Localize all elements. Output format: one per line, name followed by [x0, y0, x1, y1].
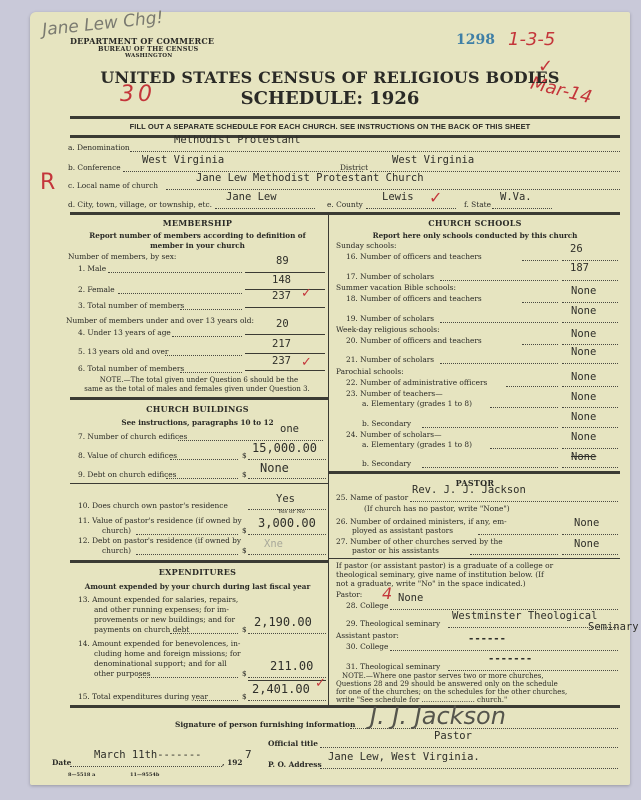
q18-value: None: [571, 285, 596, 297]
college-value: None: [398, 592, 423, 604]
q24-label: 24. Number of scholars—: [346, 430, 442, 439]
residence-value: 3,000.00: [258, 516, 316, 530]
female-value: 148: [272, 274, 291, 286]
district-label: District: [340, 163, 368, 172]
dotted-line: [562, 260, 618, 261]
red-checkmark: ✓: [315, 676, 326, 691]
q23a-label: a. Elementary (grades 1 to 8): [362, 399, 472, 408]
bottom-rule: [70, 705, 620, 708]
owns-residence-value: Yes: [276, 493, 295, 505]
q13-line-2: and other running expenses; for im-: [94, 605, 229, 614]
grad-note-1: If pastor (or assistant pastor) is a gra…: [336, 561, 553, 570]
q23b-label: b. Secondary: [362, 419, 411, 428]
dotted-line: [470, 554, 558, 555]
owns-residence-label: 10. Does church own pastor's residence: [78, 501, 228, 510]
form-code-1: 8—5518 a: [68, 772, 95, 778]
schools-subtitle: Report here only schools conducted by th…: [330, 231, 620, 240]
q31-value: -------: [488, 653, 532, 665]
local-name-value: Jane Lew Methodist Protestant Church: [196, 172, 424, 184]
membership-note-1: NOTE.—The total given under Question 6 s…: [70, 376, 328, 385]
red-checkmark: ✓: [301, 286, 312, 301]
buildings-mid-rule: [70, 483, 328, 484]
dollar-sign: $: [242, 451, 247, 460]
q27-value: None: [574, 538, 599, 550]
dotted-line: [172, 336, 242, 337]
answer-line: [245, 272, 325, 273]
year-prefix: , 192: [222, 758, 243, 767]
membership-title: MEMBERSHIP: [70, 218, 325, 228]
dotted-line: [248, 534, 326, 535]
dotted-line: [522, 260, 558, 261]
q24a-label: a. Elementary (grades 1 to 8): [362, 440, 472, 449]
dotted-line: [180, 309, 242, 310]
q27-label-1: 27. Number of other churches served by t…: [336, 537, 503, 546]
q30-value: ------: [468, 633, 506, 645]
q28-label: 28. College: [346, 601, 388, 610]
buildings-rule: [70, 560, 328, 563]
grad-note-3: not a graduate, write "No" in the space …: [336, 579, 526, 588]
over-13-value: 217: [272, 338, 291, 350]
by-age-label: Number of members under and over 13 year…: [66, 316, 254, 325]
q13-value: 2,190.00: [254, 615, 312, 629]
census-schedule-form: Jane Lew Chg! DEPARTMENT OF COMMERCE BUR…: [30, 12, 630, 785]
dotted-line: [215, 208, 315, 209]
district-value: West Virginia: [392, 154, 474, 166]
local-name-label: c. Local name of church: [68, 181, 158, 190]
answer-line: [245, 353, 325, 354]
dotted-line: [522, 344, 558, 345]
official-title-value: Pastor: [434, 730, 472, 742]
dollar-sign: $: [242, 546, 247, 555]
residence-value-label-2: church): [102, 526, 131, 535]
denomination-label: a. Denomination: [68, 143, 130, 152]
dotted-line: [248, 459, 326, 460]
dotted-line: [170, 459, 238, 460]
dotted-line: [248, 633, 326, 634]
q16-value: 26: [570, 243, 583, 255]
dotted-line: [440, 363, 558, 364]
q13-line-3: provements or new buildings; and for: [94, 615, 235, 624]
q14-line-3: denominational support; and for all: [94, 659, 227, 668]
edifices-count-value: one: [280, 423, 299, 435]
red-mark-r: R: [40, 170, 55, 195]
dotted-line: [180, 372, 242, 373]
q26-label-1: 26. Number of ordained ministers, if any…: [336, 517, 507, 526]
pastor-mid-rule: [328, 558, 620, 559]
expenditures-title: EXPENDITURES: [70, 567, 325, 577]
dotted-line: [390, 650, 618, 651]
q14-value: 211.00: [270, 659, 313, 673]
form-title: UNITED STATES CENSUS OF RELIGIOUS BODIES: [30, 68, 630, 87]
q14-line-2: cluding home and foreign missions; for: [94, 649, 241, 658]
dotted-line: [478, 534, 558, 535]
q22-label: 22. Number of administrative officers: [346, 378, 487, 387]
q26-value: None: [574, 517, 599, 529]
edifices-debt-value: None: [260, 461, 289, 475]
dotted-line: [422, 467, 558, 468]
red-annotation-date: 1-3-5: [508, 29, 555, 50]
total-members-label: 3. Total number of members: [78, 301, 184, 310]
q19-label: 19. Number of scholars: [346, 314, 434, 323]
residence-value-label-1: 11. Value of pastor's residence (if owne…: [78, 516, 242, 525]
dotted-line: [490, 407, 558, 408]
identity-rule: [70, 212, 620, 215]
dotted-line: [562, 363, 618, 364]
membership-note-2: same as the total of males and females g…: [66, 385, 328, 394]
official-title-label: Official title: [268, 739, 318, 748]
signature-value: J. J. Jackson: [370, 702, 506, 730]
dotted-line: [130, 151, 620, 152]
dotted-line: [166, 189, 620, 190]
q13-line-1: 13. Amount expended for salaries, repair…: [78, 595, 238, 604]
q18-label: 18. Number of officers and teachers: [346, 294, 482, 303]
q23a-value: None: [571, 391, 596, 403]
city-name: WASHINGTON: [125, 53, 172, 59]
weekday-schools-label: Week-day religious schools:: [336, 325, 440, 334]
seminary-value-1: Westminster Theological: [452, 610, 597, 622]
dotted-line: [562, 534, 618, 535]
po-address-label: P. O. Address: [268, 760, 322, 769]
membership-subtitle-1: Report number of members according to de…: [70, 231, 325, 240]
dotted-line: [448, 670, 618, 671]
q24a-value: None: [571, 431, 596, 443]
instruction-rule: [70, 135, 620, 138]
q16-label: 16. Number of officers and teachers: [346, 252, 482, 261]
summer-schools-label: Summer vacation Bible schools:: [336, 283, 456, 292]
red-checkmark: ✓: [301, 355, 312, 370]
by-sex-label: Number of members, by sex:: [68, 252, 176, 261]
county-value: Lewis: [382, 191, 414, 203]
dotted-line: [562, 280, 618, 281]
dotted-line: [562, 386, 618, 387]
dotted-line: [410, 501, 618, 502]
total-members-age-value: 237: [272, 355, 291, 367]
dotted-line: [562, 344, 618, 345]
dotted-line: [562, 448, 618, 449]
red-checkmark-county: ✓: [429, 188, 442, 207]
pastor-sub-label: Pastor:: [336, 590, 362, 599]
over-13-label: 5. 13 years old and over: [78, 347, 168, 356]
dotted-line: [562, 302, 618, 303]
dotted-line: [136, 534, 238, 535]
dotted-line: [492, 208, 552, 209]
instruction-line: FILL OUT A SEPARATE SCHEDULE FOR EACH CH…: [30, 122, 630, 131]
q31-label: 31. Theological seminary: [346, 662, 440, 671]
dotted-line: [440, 280, 558, 281]
state-label: f. State: [464, 200, 491, 209]
edifices-count-label: 7. Number of church edifices: [78, 432, 187, 441]
q25-hint: (If church has no pastor, write "None"): [364, 504, 510, 513]
county-label: e. County: [327, 200, 363, 209]
male-label: 1. Male: [78, 264, 106, 273]
bureau-name: BUREAU OF THE CENSUS: [98, 45, 198, 53]
form-code-2: 11—9554b: [130, 772, 159, 778]
q30-label: 30. College: [346, 642, 388, 651]
dollar-sign: $: [242, 669, 247, 678]
schools-title: CHURCH SCHOOLS: [330, 218, 620, 228]
buildings-title: CHURCH BUILDINGS: [70, 404, 325, 414]
dotted-line: [138, 677, 238, 678]
dotted-line: [422, 427, 558, 428]
sunday-schools-label: Sunday schools:: [336, 241, 396, 250]
q17-label: 17. Number of scholars: [346, 272, 434, 281]
dotted-line: [562, 554, 618, 555]
q24b-label: b. Secondary: [362, 459, 411, 468]
year-suffix: 7: [245, 748, 252, 761]
residence-debt-value: Xne: [264, 538, 283, 550]
dotted-line: [506, 386, 558, 387]
male-value: 89: [276, 255, 289, 267]
stamp-number: 1298: [456, 32, 495, 48]
dotted-line: [562, 467, 618, 468]
membership-rule: [70, 397, 328, 400]
q23-label: 23. Number of teachers—: [346, 389, 443, 398]
city-label: d. City, town, village, or township, etc…: [68, 200, 212, 209]
conference-label: b. Conference: [68, 163, 121, 172]
q29-label: 29. Theological seminary: [346, 619, 440, 628]
expenditures-subtitle: Amount expended by your church during la…: [70, 582, 325, 591]
dotted-line: [320, 768, 618, 769]
header-rule: [70, 116, 620, 119]
city-value: Jane Lew: [226, 191, 277, 203]
yes-or-no-hint: Yes or No: [278, 509, 305, 515]
dotted-line: [562, 322, 618, 323]
dotted-line: [70, 766, 222, 767]
dollar-sign: $: [242, 470, 247, 479]
dollar-sign: $: [242, 526, 247, 535]
q15-label: 15. Total expenditures during year: [78, 692, 208, 701]
q23b-value: None: [571, 411, 596, 423]
edifices-debt-label: 9. Debt on church edifices: [78, 470, 176, 479]
dotted-line: [440, 322, 558, 323]
pastor-name-value: Rev. J. J. Jackson: [412, 484, 526, 496]
conference-value: West Virginia: [142, 154, 224, 166]
q20-value: None: [571, 328, 596, 340]
column-divider: [328, 215, 329, 705]
dotted-line: [118, 293, 242, 294]
dotted-line: [195, 700, 238, 701]
schedule-title: SCHEDULE: 1926: [30, 88, 630, 109]
dotted-line: [248, 478, 326, 479]
schools-rule: [328, 471, 620, 474]
parochial-schools-label: Parochial schools:: [336, 367, 404, 376]
q22-value: None: [571, 371, 596, 383]
q21-label: 21. Number of scholars: [346, 355, 434, 364]
dotted-line: [248, 700, 326, 701]
under-13-label: 4. Under 13 years of age: [78, 328, 171, 337]
dotted-line: [136, 554, 238, 555]
answer-line: [245, 370, 325, 371]
dotted-line: [165, 355, 242, 356]
date-label: Date: [52, 758, 71, 767]
q20-label: 20. Number of officers and teachers: [346, 336, 482, 345]
po-address-value: Jane Lew, West Virginia.: [328, 751, 480, 763]
female-label: 2. Female: [78, 285, 115, 294]
dotted-line: [522, 302, 558, 303]
edifices-value: 15,000.00: [252, 441, 317, 455]
dotted-line: [366, 208, 456, 209]
date-value: March 11th-------: [94, 749, 201, 761]
q26-label-2: ployed as assistant pastors: [352, 526, 453, 535]
q19-value: None: [571, 305, 596, 317]
dotted-line: [562, 427, 618, 428]
dotted-line: [166, 478, 238, 479]
edifices-value-label: 8. Value of church edifices: [78, 451, 177, 460]
dotted-line: [320, 747, 618, 748]
total-members-value: 237: [272, 290, 291, 302]
dotted-line: [562, 407, 618, 408]
q25-label: 25. Name of pastor: [336, 493, 408, 502]
q15-value: 2,401.00: [252, 682, 310, 696]
seminary-value-2: Seminary.: [588, 621, 641, 633]
state-value: W.Va.: [500, 191, 532, 203]
denomination-value: Methodist Protestant: [174, 134, 300, 146]
dotted-line: [108, 272, 242, 273]
signature-label: Signature of person furnishing informati…: [175, 720, 355, 729]
answer-line: [245, 334, 325, 335]
q21-value: None: [571, 346, 596, 358]
assistant-pastor-label: Assistant pastor:: [336, 631, 399, 640]
under-13-value: 20: [276, 318, 289, 330]
grad-note-2: theological seminary, give name of insti…: [336, 570, 544, 579]
dollar-sign: $: [242, 625, 247, 634]
residence-debt-label-2: church): [102, 546, 131, 555]
q17-value: 187: [570, 262, 589, 274]
dotted-line: [490, 448, 558, 449]
total-members-age-label: 6. Total number of members: [78, 364, 184, 373]
residence-debt-label-1: 12. Debt on pastor's residence (if owned…: [78, 536, 241, 545]
dollar-sign: $: [242, 692, 247, 701]
dotted-line: [170, 633, 238, 634]
q27-label-2: pastor or his assistants: [352, 546, 439, 555]
q24b-value: None: [571, 451, 596, 463]
q14-line-1: 14. Amount expended for benevolences, in…: [78, 639, 240, 648]
membership-subtitle-2: member in your church: [70, 241, 325, 250]
answer-line: [245, 307, 325, 308]
dotted-line: [248, 554, 326, 555]
